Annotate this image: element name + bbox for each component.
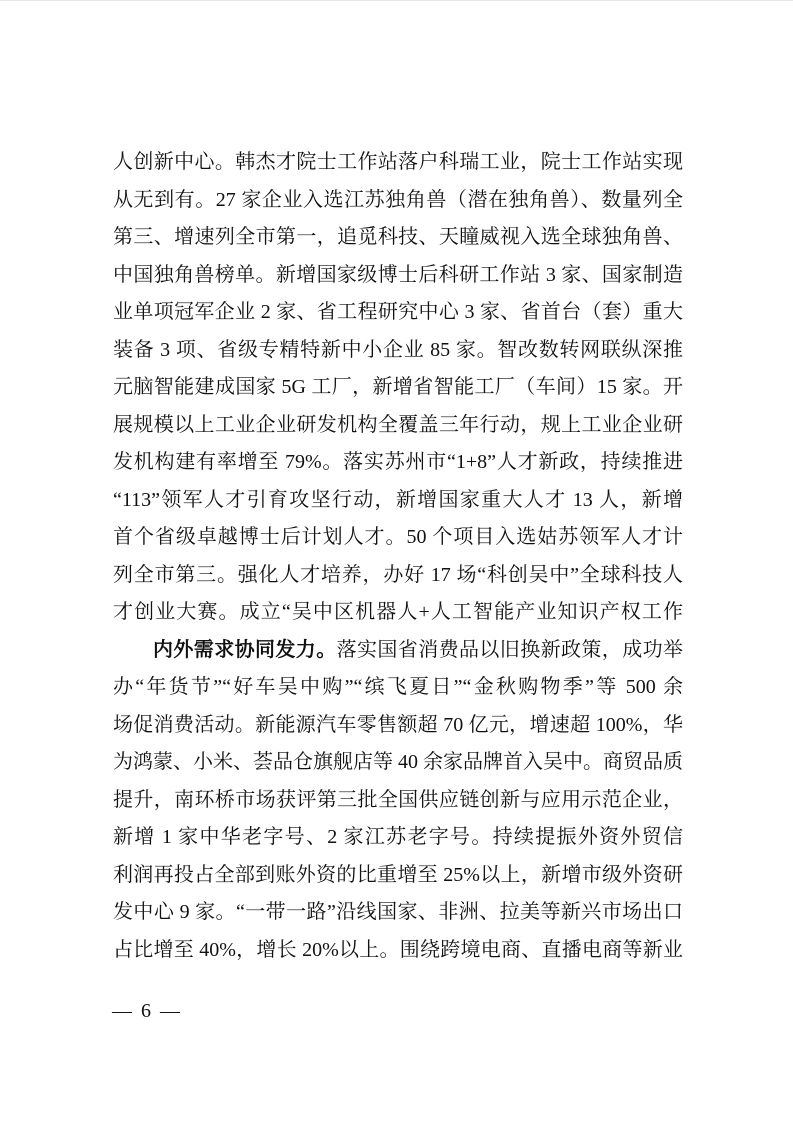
text-line: 场促消费活动。新能源汽车零售额超 70 亿元，增速超 100%，华 bbox=[113, 707, 683, 745]
text-line: “113”领军人才引育攻坚行动，新增国家重大人才 13 人，新增 bbox=[113, 482, 683, 520]
text-line: 从无到有。27 家企业入选江苏独角兽（潜在独角兽）、数量列全市 bbox=[113, 182, 683, 220]
paragraph-lead-rest: 落实国省消费品以旧换新政策，成功举 bbox=[337, 639, 683, 661]
text-line: 展规模以上工业企业研发机构全覆盖三年行动，规上工业企业研 bbox=[113, 407, 683, 445]
text-line: 首个省级卓越博士后计划人才。50 个项目入选姑苏领军人才计划， bbox=[113, 519, 683, 557]
text-line: 元脑智能建成国家 5G 工厂，新增省智能工厂（车间）15 家。开 bbox=[113, 369, 683, 407]
text-line: 才创业大赛。成立“吴中区机器人+人工智能产业知识产权工作站”。 bbox=[113, 594, 683, 632]
text-line: 中国独角兽榜单。新增国家级博士后科研工作站 3 家、国家制造 bbox=[113, 257, 683, 295]
text-line: 发机构建有率增至 79%。落实苏州市“1+8”人才新政，持续推进 bbox=[113, 444, 683, 482]
text-line: 人创新中心。韩杰才院士工作站落户科瑞工业，院士工作站实现 bbox=[113, 144, 683, 182]
text-line: 利润再投占全部到账外资的比重增至 25%以上，新增市级外资研 bbox=[113, 857, 683, 895]
text-line: 新增 1 家中华老字号、2 家江苏老字号。持续提振外资外贸信心， bbox=[113, 819, 683, 857]
text-line: 办“年货节”“好车吴中购”“缤飞夏日”“金秋购物季”等 500 余 bbox=[113, 669, 683, 707]
text-line: 业单项冠军企业 2 家、省工程研究中心 3 家、省首台（套）重大 bbox=[113, 294, 683, 332]
text-line: 提升，南环桥市场获评第三批全国供应链创新与应用示范企业， bbox=[113, 782, 683, 820]
text-line: 第三、增速列全市第一，追觅科技、天瞳威视入选全球独角兽、 bbox=[113, 219, 683, 257]
text-line: 占比增至 40%，增长 20%以上。围绕跨境电商、直播电商等新业 bbox=[113, 932, 683, 970]
body-text: 人创新中心。韩杰才院士工作站落户科瑞工业，院士工作站实现 从无到有。27 家企业… bbox=[113, 144, 683, 969]
document-page: 人创新中心。韩杰才院士工作站落户科瑞工业，院士工作站实现 从无到有。27 家企业… bbox=[0, 0, 793, 1122]
paragraph-lead-bold: 内外需求协同发力。 bbox=[153, 639, 337, 661]
text-line: 为鸿蒙、小米、荟品仓旗舰店等 40 余家品牌首入吴中。商贸品质 bbox=[113, 744, 683, 782]
text-line: 列全市第三。强化人才培养，办好 17 场“科创吴中”全球科技人 bbox=[113, 557, 683, 595]
text-line: 发中心 9 家。“一带一路”沿线国家、非洲、拉美等新兴市场出口 bbox=[113, 894, 683, 932]
page-number: — 6 — bbox=[112, 997, 182, 1025]
text-line: 装备 3 项、省级专精特新中小企业 85 家。智改数转网联纵深推进， bbox=[113, 332, 683, 370]
paragraph-first-line: 内外需求协同发力。落实国省消费品以旧换新政策，成功举 bbox=[113, 632, 683, 670]
